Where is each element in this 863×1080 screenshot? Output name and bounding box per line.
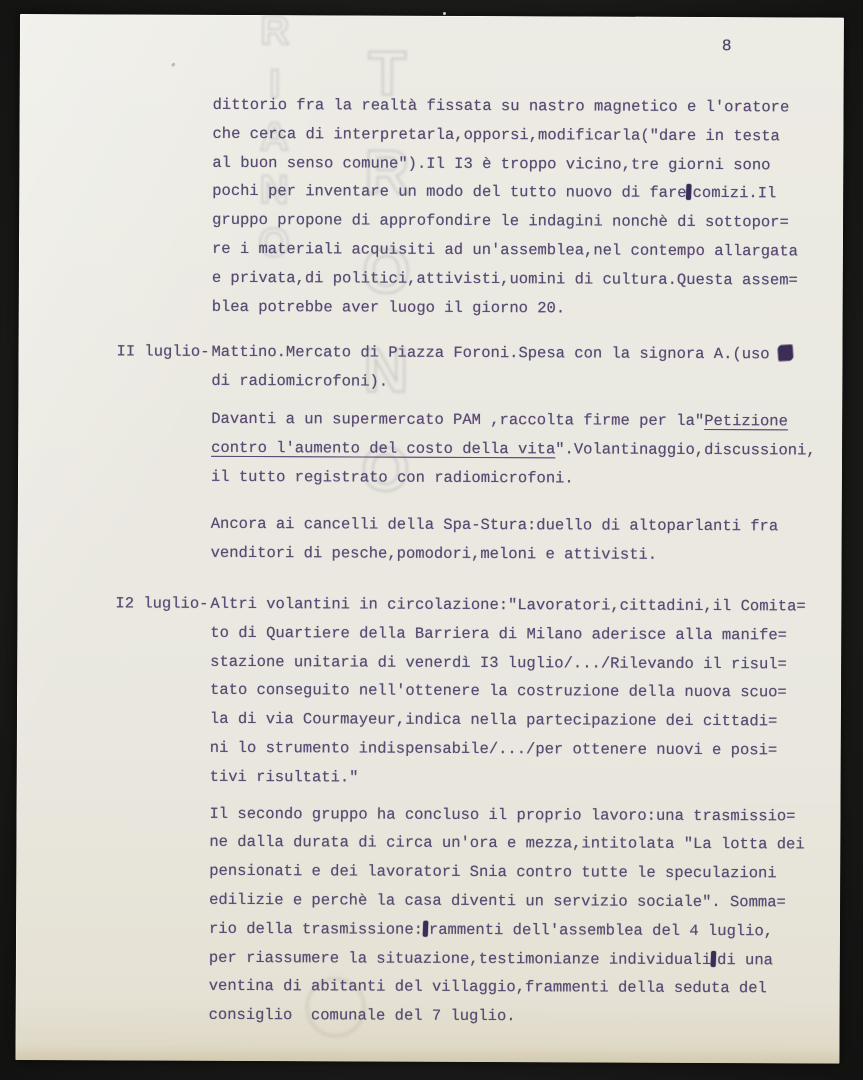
text-segment: to di Quartiere della Barriera di Milano…: [210, 624, 787, 645]
para-ancora: Ancora ai cancelli della Spa-Stura:duell…: [211, 510, 842, 570]
text-segment: la di via Courmayeur,indica nella partec…: [210, 710, 777, 730]
text-line: pensionati e dei lavoratori Snia contro …: [209, 857, 840, 889]
text-segment: di radiomicrofoni).: [211, 372, 388, 391]
text-line: Ancora ai cancelli della Spa-Stura:duell…: [211, 510, 842, 542]
text-segment: ventina di abitanti del villaggio,framme…: [209, 977, 767, 997]
text-line: gruppo propone di approfondire le indagi…: [212, 206, 843, 238]
text-segment: rammenti dell'assemblea del 4 luglio,: [429, 921, 773, 941]
text-segment: ".Volantinaggio,discussioni,: [555, 440, 816, 459]
text-segment: di una: [717, 951, 773, 969]
text-line: la di via Courmayeur,indica nella partec…: [210, 705, 841, 737]
text-line: rio della trasmissione:rammenti dell'ass…: [209, 915, 840, 947]
text-line: ne dalla durata di circa un'ora e mezza,…: [209, 828, 840, 860]
text-segment: venditori di pesche,pomodori,meloni e at…: [211, 544, 658, 564]
block-11-luglio-label: II luglio-: [116, 338, 209, 367]
text-line: consiglio comunale del 7 luglio.: [209, 1001, 840, 1033]
text-line: venditori di pesche,pomodori,meloni e at…: [211, 539, 842, 571]
text-segment: Il secondo gruppo ha concluso il proprio…: [209, 804, 795, 825]
text-line: al buon senso comune").Il I3 è troppo vi…: [212, 148, 843, 180]
text-segment: stazione unitaria di venerdì I3 luglio/.…: [210, 652, 787, 673]
overstrike-mark: [711, 950, 717, 966]
ink-blot: [778, 345, 793, 361]
text-line: pochi per inventare un modo del tutto nu…: [212, 177, 843, 209]
text-segment: Ancora ai cancelli della Spa-Stura:duell…: [211, 515, 778, 535]
text-line: che cerca di interpretarla,opporsi,modif…: [212, 120, 843, 152]
dust-speck: [443, 12, 446, 15]
text-segment: al buon senso comune").Il I3 è troppo vi…: [212, 153, 770, 173]
text-segment: il tutto registrato con radiomicrofoni.: [211, 467, 574, 487]
para-secondo-gruppo: Il secondo gruppo ha concluso il proprio…: [209, 799, 841, 1032]
text-segment: ne dalla durata di circa un'ora e mezza,…: [209, 833, 804, 854]
text-segment: Davanti a un supermercato PAM ,raccolta …: [211, 410, 704, 430]
text-blocks: dittorio fra la realtà fissata su nastro…: [16, 14, 844, 1032]
text-line: di radiomicrofoni).: [211, 367, 842, 399]
text-segment: che cerca di interpretarla,opporsi,modif…: [212, 125, 779, 145]
document-page: RIANO TRONO 8 dittorio fra la realtà fis…: [15, 14, 844, 1064]
scan-background: { "page": { "number": "8" }, "colors": {…: [0, 0, 863, 1080]
text-segment: pochi per inventare un modo del tutto nu…: [212, 182, 686, 202]
text-segment: edilizie e perchè la casa diventi un ser…: [209, 891, 786, 912]
block-11-luglio: II luglio-Mattino.Mercato di Piazza Foro…: [211, 338, 842, 398]
text-segment: re i materiali acquisiti ad un'assemblea…: [212, 240, 798, 261]
text-segment: comizi.Il: [693, 184, 777, 202]
text-line: to di Quartiere della Barriera di Milano…: [210, 619, 841, 651]
para-davanti: Davanti a un supermercato PAM ,raccolta …: [211, 405, 842, 494]
block-12-luglio: I2 luglio-Altri volantini in circolazion…: [210, 590, 842, 794]
text-line: dittorio fra la realtà fissata su nastro…: [213, 91, 844, 123]
text-segment: Mattino.Mercato di Piazza Foroni.Spesa c…: [211, 343, 778, 363]
text-line: re i materiali acquisiti ad un'assemblea…: [212, 235, 843, 267]
text-segment: e privata,di politici,attivisti,uomini d…: [212, 269, 798, 290]
text-line: edilizie e perchè la casa diventi un ser…: [209, 886, 840, 918]
text-line: tato conseguito nell'ottenere la costruz…: [210, 676, 841, 708]
text-line: il tutto registrato con radiomicrofoni.: [211, 462, 842, 494]
text-line: stazione unitaria di venerdì I3 luglio/.…: [210, 647, 841, 679]
text-segment: Petizione: [704, 412, 788, 430]
text-line: ni lo strumento indispensabile/.../per o…: [210, 734, 841, 766]
text-line: ventina di abitanti del villaggio,framme…: [209, 972, 840, 1004]
overstrike-mark: [686, 184, 692, 200]
text-segment: gruppo propone di approfondire le indagi…: [212, 211, 789, 232]
text-segment: contro l'aumento del costo della vita: [211, 439, 555, 459]
text-segment: consiglio comunale del 7 luglio.: [209, 1006, 516, 1025]
text-segment: Altri volantini in circolazione:"Lavorat…: [210, 595, 805, 616]
text-line: per riassumere la situazione,testimonian…: [209, 943, 840, 975]
text-segment: pensionati e dei lavoratori Snia contro …: [209, 862, 776, 882]
text-line: e privata,di politici,attivisti,uomini d…: [212, 264, 843, 296]
para-1: dittorio fra la realtà fissata su nastro…: [212, 91, 844, 324]
text-line: contro l'aumento del costo della vita".V…: [211, 434, 842, 466]
block-12-luglio-label: I2 luglio-: [115, 589, 208, 618]
text-line: tivi risultati.": [210, 763, 841, 795]
text-segment: tato conseguito nell'ottenere la costruz…: [210, 681, 787, 702]
text-line: Il secondo gruppo ha concluso il proprio…: [209, 799, 840, 831]
text-line: Davanti a un supermercato PAM ,raccolta …: [211, 405, 842, 437]
overstrike-mark: [423, 920, 429, 936]
text-segment: per riassumere la situazione,testimonian…: [209, 948, 711, 968]
text-line: Mattino.Mercato di Piazza Foroni.Spesa c…: [211, 338, 842, 370]
text-segment: tivi risultati.": [210, 768, 359, 787]
text-segment: blea potrebbe aver luogo il giorno 20.: [212, 297, 566, 317]
text-segment: dittorio fra la realtà fissata su nastro…: [213, 96, 790, 117]
text-segment: rio della trasmissione:: [209, 920, 423, 939]
text-line: Altri volantini in circolazione:"Lavorat…: [210, 590, 841, 622]
text-line: blea potrebbe aver luogo il giorno 20.: [212, 292, 843, 324]
text-segment: ni lo strumento indispensabile/.../per o…: [210, 739, 777, 759]
